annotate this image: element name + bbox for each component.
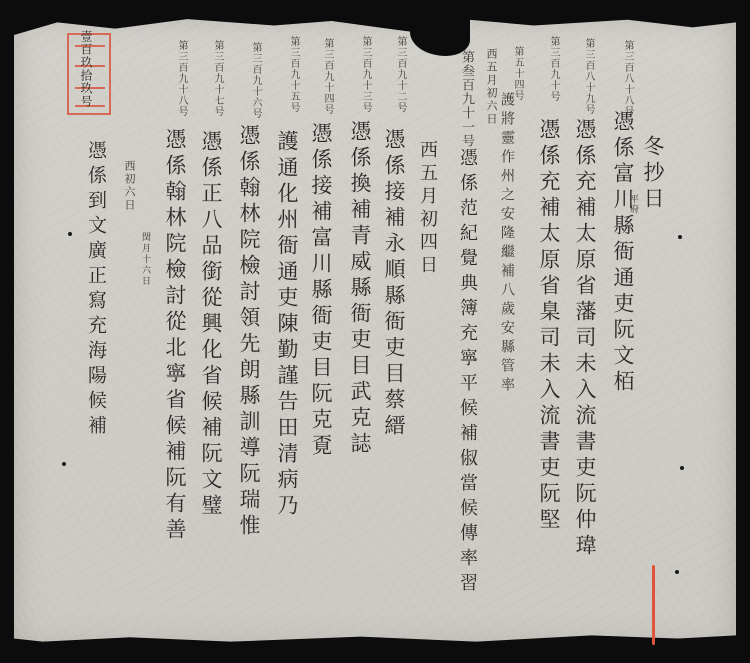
entry-text: 憑係翰林院檢討從北寧省候補阮有善 — [164, 128, 185, 544]
date-note: 西五月初六日 — [486, 48, 497, 126]
entry-text: 護將靈作州之安隆繼補八歲安縣管率 — [500, 92, 514, 396]
entry-number: 第三百八十九号 — [583, 38, 593, 115]
entry-text: 憑係范紀覺典簿充寧平候補俶當候傳率習 — [458, 148, 476, 598]
entry-text: 憑係正八品銜從興化省候補阮文璧 — [200, 130, 221, 520]
entry-number: 第三百九十二号 — [395, 36, 405, 113]
entry-text: 憑係接補永順縣衙吏目蔡縉 — [383, 128, 404, 440]
entry-text: 憑係富川縣衙通吏阮文栢 — [612, 110, 633, 396]
pin-hole — [62, 462, 66, 466]
seal-overwritten-text: 壹百玖拾玖号 — [78, 30, 95, 108]
entry-number: 第三百九十六号 — [250, 42, 260, 119]
entry-number: 第叁百九十一号 — [460, 50, 473, 148]
entry-number: 第三百九十四号 — [322, 38, 332, 115]
date-note: 閏月十六日 — [140, 232, 149, 287]
pin-hole — [675, 570, 679, 574]
pin-hole — [680, 466, 684, 470]
entry-annotation: 平府 — [628, 194, 637, 214]
entry-number: 第三百九十七号 — [212, 40, 222, 117]
pin-hole — [678, 235, 682, 239]
entry-text: 憑係到文廣正寫充海陽候補 — [86, 140, 105, 440]
entry-text: 憑係充補太原省藩司未入流書吏阮仲瑋 — [574, 118, 595, 560]
date-note: 西初六日 — [124, 160, 135, 212]
entry-text: 憑係接補富川縣衙吏目阮克覔 — [310, 122, 331, 460]
entry-text: 護通化州衙通吏陳勤謹告田清病乃 — [276, 130, 297, 520]
entry-number: 第三百九十五号 — [288, 36, 298, 113]
document-heading: 冬抄日 — [642, 135, 663, 213]
entry-text: 憑係充補太原省臬司未入流書吏阮堅 — [538, 118, 559, 534]
entry-text: 憑係翰林院檢討領先朗縣訓導阮瑞惟 — [238, 124, 259, 540]
entry-number: 第三百九十号 — [548, 36, 558, 102]
entry-number: 第三百九十三号 — [360, 36, 370, 113]
red-ink-stroke — [652, 565, 655, 645]
date-heading: 西五月初四日 — [418, 140, 436, 278]
entry-number: 第三百八十八号 — [622, 40, 632, 117]
entry-number: 第三百九十八号 — [176, 40, 186, 117]
entry-text: 憑係換補青威縣衙吏目武克誌 — [349, 120, 370, 458]
pin-hole — [68, 232, 72, 236]
